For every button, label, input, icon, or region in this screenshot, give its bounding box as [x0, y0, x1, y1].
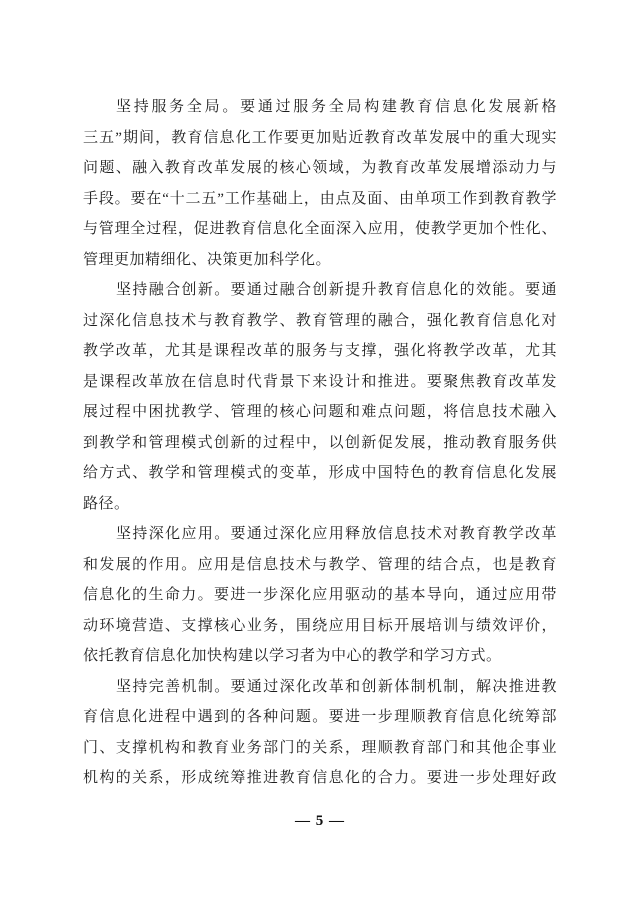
- page-number: — 5 —: [295, 813, 345, 829]
- text-line: 手段。要在“十二五”工作基础上，由点及面、由单项工作到教育教学: [83, 184, 557, 215]
- page-footer: — 5 —: [0, 810, 640, 832]
- text-line: 育信息化进程中遇到的各种问题。要进一步理顺教育信息化统筹部: [83, 702, 557, 733]
- document-body: 坚持服务全局。要通过服务全局构建教育信息化发展新格局。“十 三五”期间，教育信息…: [83, 92, 557, 794]
- text-line: 和发展的作用。应用是信息技术与教学、管理的结合点，也是教育: [83, 550, 557, 581]
- text-line: 展过程中困扰教学、管理的核心问题和难点问题，将信息技术融入: [83, 397, 557, 428]
- paragraph-uphold-serving-overall: 坚持服务全局。要通过服务全局构建教育信息化发展新格局。“十 三五”期间，教育信息…: [83, 92, 557, 275]
- text-line: 坚持深化应用。要通过深化应用释放信息技术对教育教学改革: [83, 519, 557, 550]
- text-line: 路径。: [83, 489, 557, 520]
- text-line: 机构的关系，形成统筹推进教育信息化的合力。要进一步处理好政: [83, 763, 557, 794]
- text-line: 与管理全过程，促进教育信息化全面深入应用，使教学更加个性化、: [83, 214, 557, 245]
- text-line: 坚持完善机制。要通过深化改革和创新体制机制，解决推进教: [83, 672, 557, 703]
- text-line: 依托教育信息化加快构建以学习者为中心的教学和学习方式。: [83, 641, 557, 672]
- text-line: 教学改革，尤其是课程改革的服务与支撑，强化将教学改革，尤其: [83, 336, 557, 367]
- text-line: 问题、融入教育改革发展的核心领域，为教育改革发展增添动力与: [83, 153, 557, 184]
- text-line: 坚持融合创新。要通过融合创新提升教育信息化的效能。要通: [83, 275, 557, 306]
- text-line: 是课程改革放在信息时代背景下来设计和推进。要聚焦教育改革发: [83, 367, 557, 398]
- text-line: 到教学和管理模式创新的过程中，以创新促发展，推动教育服务供: [83, 428, 557, 459]
- paragraph-uphold-deepening-application: 坚持深化应用。要通过深化应用释放信息技术对教育教学改革 和发展的作用。应用是信息…: [83, 519, 557, 672]
- paragraph-uphold-integration-innovation: 坚持融合创新。要通过融合创新提升教育信息化的效能。要通 过深化信息技术与教育教学…: [83, 275, 557, 519]
- document-page: 坚持服务全局。要通过服务全局构建教育信息化发展新格局。“十 三五”期间，教育信息…: [0, 0, 640, 905]
- text-line: 三五”期间，教育信息化工作要更加贴近教育改革发展中的重大现实: [83, 123, 557, 154]
- text-line: 坚持服务全局。要通过服务全局构建教育信息化发展新格局。“十: [83, 92, 557, 123]
- text-line: 过深化信息技术与教育教学、教育管理的融合，强化教育信息化对: [83, 306, 557, 337]
- text-line: 信息化的生命力。要进一步深化应用驱动的基本导向，通过应用带: [83, 580, 557, 611]
- paragraph-uphold-improving-mechanism: 坚持完善机制。要通过深化改革和创新体制机制，解决推进教 育信息化进程中遇到的各种…: [83, 672, 557, 794]
- text-line: 动环境营造、支撑核心业务，围绕应用目标开展培训与绩效评价，: [83, 611, 557, 642]
- text-line: 管理更加精细化、决策更加科学化。: [83, 245, 557, 276]
- text-line: 给方式、教学和管理模式的变革，形成中国特色的教育信息化发展: [83, 458, 557, 489]
- text-line: 门、支撑机构和教育业务部门的关系，理顺教育部门和其他企事业: [83, 733, 557, 764]
